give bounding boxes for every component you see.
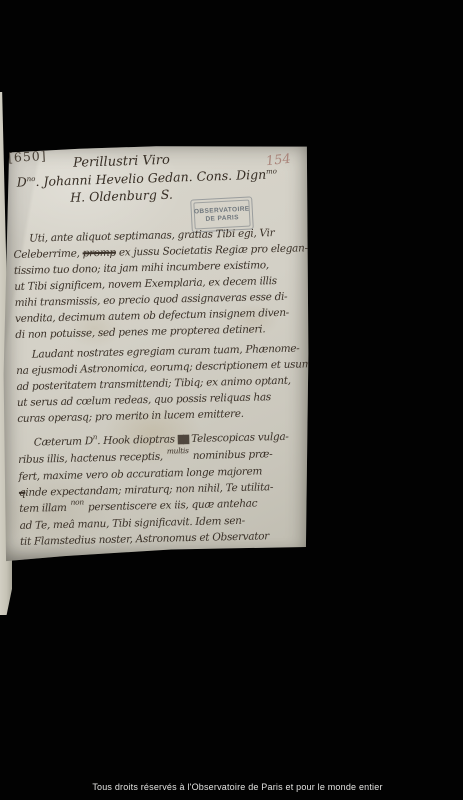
heading-superscript-1: no	[27, 175, 36, 183]
line-text: persentiscere ex iis, quæ antehac	[85, 498, 258, 514]
letter-heading: Perillustri Viro Dno. Johanni Hevelio Ge…	[3, 148, 310, 207]
heading-superscript-2: mo	[266, 167, 277, 175]
line-text: . Hook dioptras	[97, 433, 178, 447]
line-text: Telescopicas vulga-	[188, 431, 289, 445]
heading-addressee-pre: D	[17, 174, 27, 189]
line-text: ex jussu Societatis Regiæ pro elegan-	[116, 242, 308, 258]
stamp-text-line2: DE PARIS	[205, 214, 239, 223]
letter-body: Uti, ante aliquot septimanas, gratias Ti…	[13, 224, 316, 554]
line-text: ribus illis, hactenus receptis,	[18, 451, 166, 466]
paragraph-1: Uti, ante aliquot septimanas, gratias Ti…	[13, 224, 311, 343]
manuscript-paper: [650] 154 OBSERVATOIRE DE PARIS Perillus…	[3, 145, 309, 562]
line-text: tem illam	[19, 502, 70, 515]
copyright-caption: Tous droits réservés à l'Observatoire de…	[0, 782, 463, 792]
line-text: Celeberrime,	[13, 247, 82, 261]
line-text: nominibus præ-	[190, 448, 273, 462]
paragraph-2: Laudant nostrates egregiam curam tuam, P…	[16, 340, 314, 427]
interlinear-insertion: multis	[167, 446, 189, 455]
ink-blot: ██	[178, 435, 189, 444]
struck-out-word: promp	[82, 247, 116, 260]
paragraph-3: Cæterum Dn. Hook dioptras ██ Telescopica…	[18, 424, 317, 550]
line-text: Cæterum D	[34, 435, 93, 448]
archive-photo-background: [650] 154 OBSERVATOIRE DE PARIS Perillus…	[0, 0, 463, 800]
interlinear-insertion: non	[70, 497, 83, 506]
